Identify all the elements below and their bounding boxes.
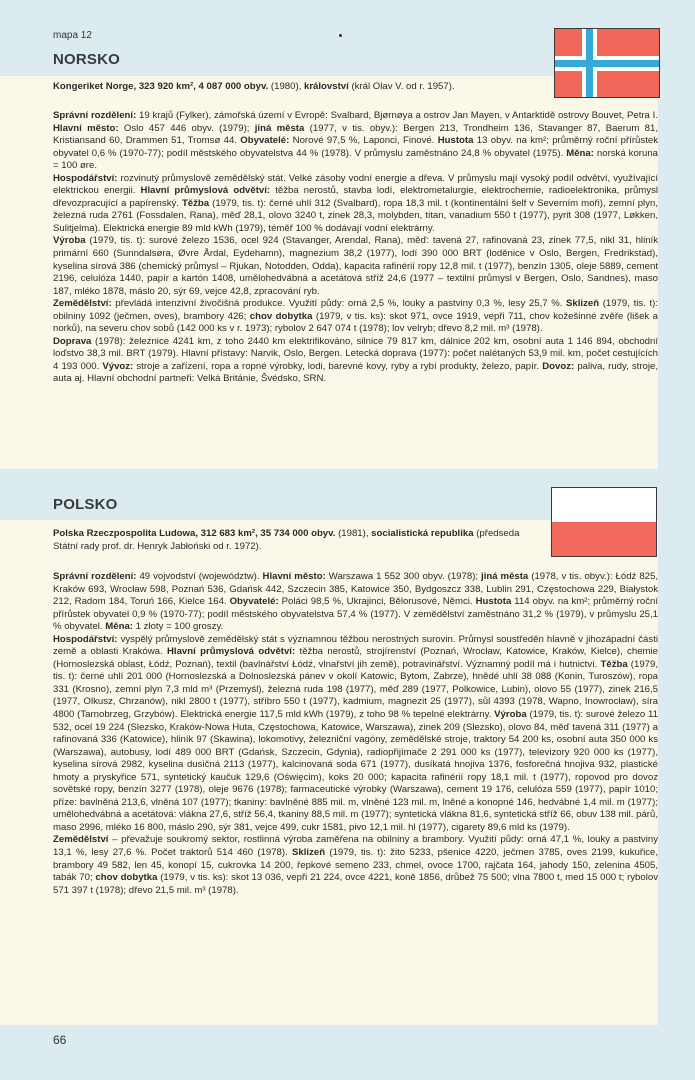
paragraph: Doprava (1978): železnice 4241 km, z toh…: [53, 336, 658, 386]
country-title-polsko: POLSKO: [53, 496, 118, 513]
country-title-norsko: NORSKO: [53, 51, 120, 68]
paragraph: Hospodářství: vyspělý průmyslově zeměděl…: [53, 634, 658, 835]
decorative-dot: [339, 34, 342, 37]
norsko-lead: Kongeriket Norge, 323 920 km², 4 087 000…: [53, 81, 455, 94]
paragraph: Správní rozdělení: 49 vojvodství (wojewó…: [53, 571, 658, 634]
paragraph: Výroba (1979, tis. t): surové železo 153…: [53, 235, 658, 298]
polsko-body: Správní rozdělení: 49 vojvodství (wojewó…: [53, 571, 658, 897]
paragraph: Zemědělství – převažuje soukromý sektor,…: [53, 834, 658, 897]
paragraph: Zemědělství: převládá intenzivní živočiš…: [53, 298, 658, 336]
map-label: mapa 12: [53, 30, 92, 41]
poland-flag-icon: [551, 487, 657, 557]
paragraph: Hospodářství: rozvinutý průmyslově zeměd…: [53, 173, 658, 236]
polsko-lead: Polska Rzeczpospolita Ludowa, 312 683 km…: [53, 528, 523, 553]
paragraph: Správní rozdělení: 19 krajů (Fylker), zá…: [53, 110, 658, 173]
page-number: 66: [53, 1033, 66, 1047]
norway-flag-icon: [554, 28, 660, 98]
norsko-body: Správní rozdělení: 19 krajů (Fylker), zá…: [53, 110, 658, 386]
